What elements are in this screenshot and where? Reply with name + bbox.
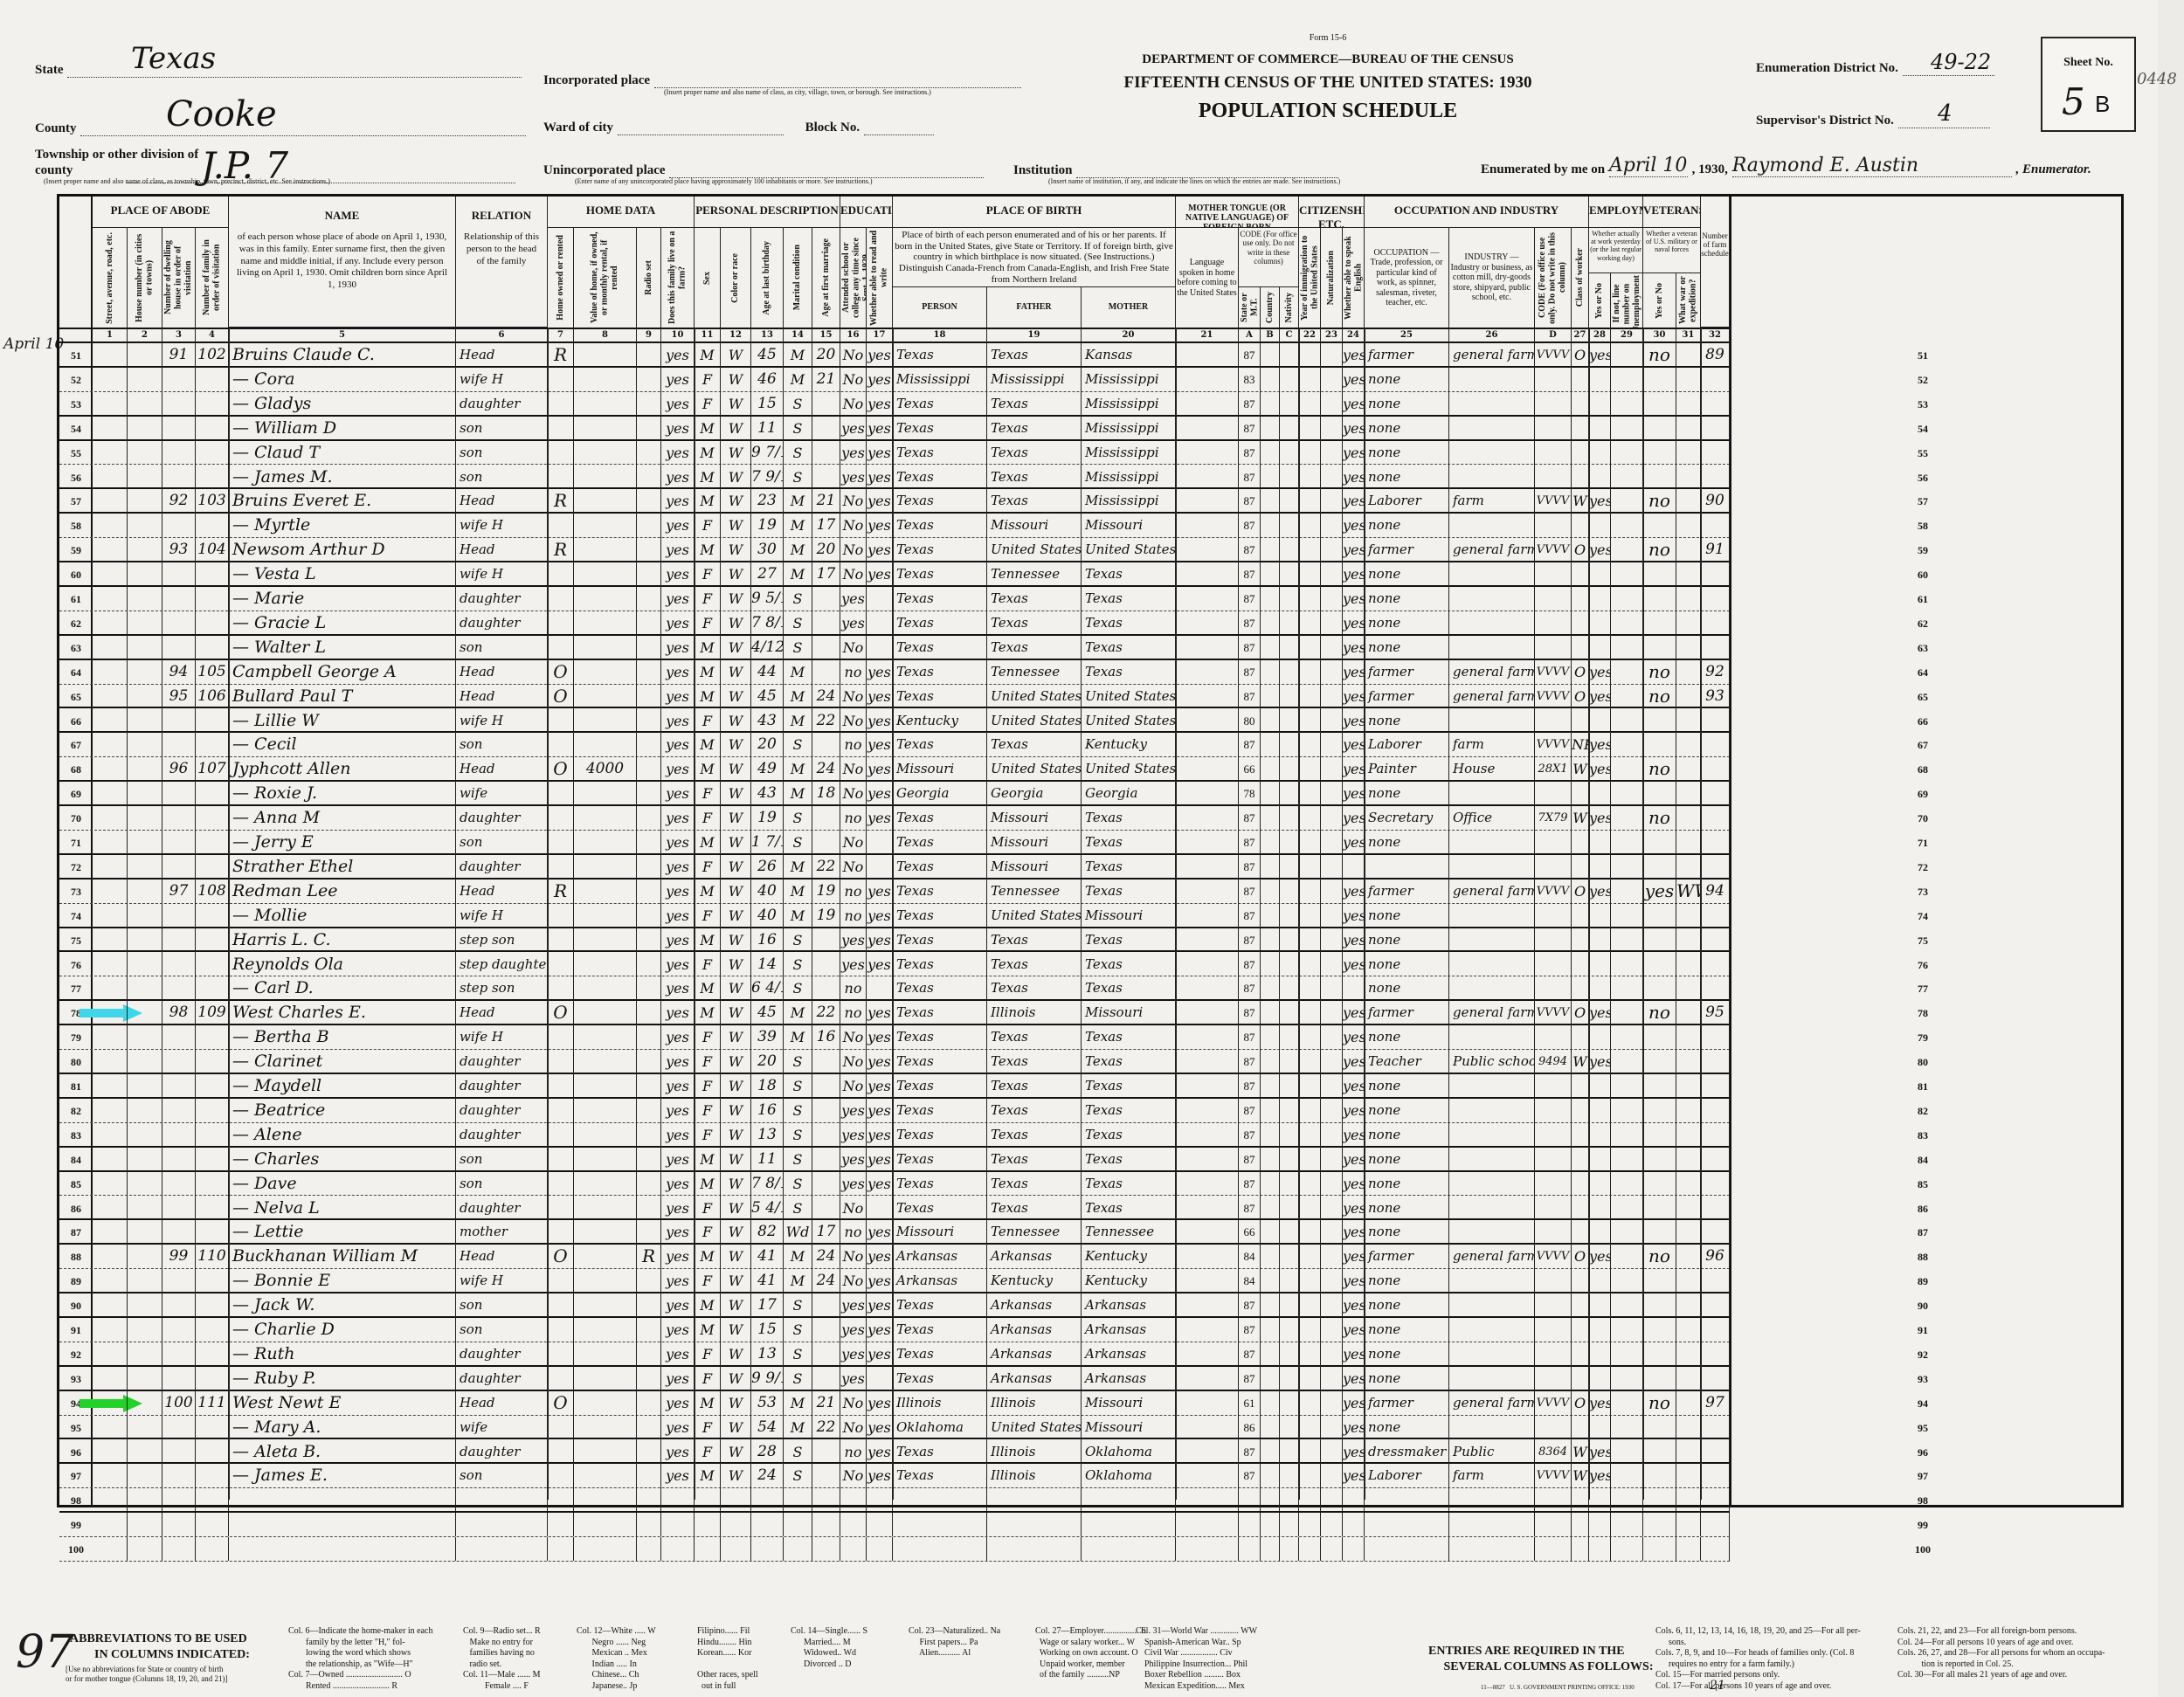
cell-sex: F [695, 1367, 721, 1390]
line-number-left: 51 [59, 349, 93, 362]
cell-sch: No [840, 757, 867, 780]
table-row: — MaydelldaughteryesFW18SNoyesTexasTexas… [59, 1074, 1730, 1099]
cell-ind [1449, 1342, 1535, 1365]
cell-name [229, 1488, 456, 1511]
cell-bpm: Texas [1082, 855, 1176, 878]
cell-cC [1280, 1416, 1299, 1438]
cell-read [867, 1537, 893, 1561]
cell-farm: yes [661, 1001, 695, 1024]
cell-unemp [1611, 1099, 1643, 1122]
cell-vet [1643, 1050, 1676, 1073]
cell-work [1589, 1148, 1611, 1170]
cell-occ: none [1365, 1025, 1449, 1049]
cell-cB [1261, 1025, 1280, 1049]
column-number: 16 [840, 328, 867, 343]
cell-code: 87 [1239, 636, 1261, 659]
column-number: 15 [812, 328, 840, 343]
cell-dw [162, 1537, 196, 1561]
cell-street [93, 928, 128, 951]
cell-street [93, 562, 128, 585]
line-number-left: 81 [59, 1080, 93, 1093]
cell-nat [1321, 1391, 1343, 1415]
column-header-c13: Age at last birthday [751, 228, 784, 328]
cell-cC [1280, 514, 1299, 537]
group-header-label: EDUCATION [840, 204, 892, 217]
cell-race [721, 1537, 751, 1561]
column-header-c23: Naturalization [1321, 228, 1343, 328]
group-header-veterans: VETERANS [1643, 197, 1701, 228]
column-header-cB: Country [1261, 287, 1280, 328]
cell-occ: dressmaker [1365, 1440, 1449, 1463]
cell-cC [1280, 953, 1299, 976]
line-number-right: 88 [1730, 1251, 2116, 1264]
cell-ind [1449, 392, 1535, 415]
cell-own: O [548, 1245, 574, 1268]
institution-field: Institution [1013, 162, 1338, 178]
cell-agem [812, 831, 840, 853]
column-number: 5 [229, 328, 456, 343]
cell-dw [162, 1197, 196, 1219]
cell-bpf: Illinois [987, 1001, 1082, 1024]
cell-street [93, 1342, 128, 1365]
cell-work [1589, 441, 1611, 465]
line-number-left: 60 [59, 569, 93, 582]
cell-radio [637, 1197, 661, 1219]
cell-age: 18 [751, 1074, 784, 1097]
enumerated-label: Enumerated by me on [1481, 162, 1605, 176]
cell-rel: daughter [456, 1123, 548, 1146]
cell-age: 41 [751, 1245, 784, 1268]
cell-cC [1280, 880, 1299, 903]
line-number-right: 55 [1730, 447, 2116, 460]
cell-bp: Texas [893, 660, 987, 684]
cell-war [1676, 343, 1701, 366]
cell-bp: Illinois [893, 1391, 987, 1415]
cell-cC [1280, 685, 1299, 707]
cell-name: West Newt E [229, 1391, 456, 1415]
line-number-left: 93 [59, 1373, 93, 1386]
column-rule [840, 328, 840, 1500]
cell-bpm: Kentucky [1082, 733, 1176, 756]
cell-vet [1643, 1220, 1676, 1243]
cell-val [574, 1050, 637, 1073]
column-header-c28: Yes or No [1589, 273, 1611, 328]
cell-cC [1280, 1025, 1299, 1049]
cell-code: 87 [1239, 1197, 1261, 1219]
cell-code: 83 [1239, 368, 1261, 391]
cell-bpm: Texas [1082, 587, 1176, 611]
cell-cC [1280, 441, 1299, 465]
cell-bpf: Tennessee [987, 880, 1082, 903]
cell-rel: wife H [456, 1269, 548, 1292]
cell-name: Redman Lee [229, 880, 456, 903]
group-header-relation: RELATIONRelationship of this person to t… [456, 197, 548, 328]
cell-fam [196, 1318, 229, 1342]
cell-cls [1572, 368, 1589, 391]
cell-street [93, 368, 128, 391]
cell-cB [1261, 880, 1280, 903]
cell-war [1676, 904, 1701, 927]
cell-farmno [1701, 1440, 1730, 1463]
cell-fam [196, 1416, 229, 1438]
cell-rel: daughter [456, 587, 548, 611]
cell-dw [162, 953, 196, 976]
column-rule [1279, 328, 1280, 1500]
column-header-c17: Whether able to read and write [867, 228, 893, 328]
cell-war [1676, 660, 1701, 684]
cell-unemp [1611, 1074, 1643, 1097]
cell-war [1676, 782, 1701, 804]
cell-ocode [1535, 1099, 1572, 1122]
cell-val [574, 441, 637, 465]
cell-sex: F [695, 855, 721, 878]
cell-bpm: Missouri [1082, 1391, 1176, 1415]
cell-agem [812, 1342, 840, 1365]
cell-mar: S [784, 1074, 812, 1097]
cell-race: W [721, 1148, 751, 1170]
cell-bpf: Texas [987, 489, 1082, 512]
table-row: 97108Redman LeeHeadRyesMW40M19noyesTexas… [59, 880, 1730, 904]
cell-agem: 24 [812, 757, 840, 780]
cell-farm: yes [661, 1025, 695, 1049]
cell-sex: M [695, 343, 721, 366]
cell-cls [1572, 1220, 1589, 1243]
cell-cB [1261, 636, 1280, 659]
cell-ocode [1535, 1197, 1572, 1219]
cell-own [548, 417, 574, 439]
cell-imm [1299, 733, 1321, 756]
cell-rel: Head [456, 685, 548, 707]
cell-read: yes [867, 709, 893, 732]
cell-sex [695, 1537, 721, 1561]
cell-ind [1449, 953, 1535, 976]
green-arrow-marker-icon [79, 1395, 142, 1412]
cell-farmno [1701, 953, 1730, 976]
line-number-left: 95 [59, 1422, 93, 1435]
cell-fam [196, 1050, 229, 1073]
cell-own: R [548, 489, 574, 512]
cell-radio [637, 514, 661, 537]
cell-race: W [721, 562, 751, 585]
cell-cls [1572, 1367, 1589, 1390]
cell-age: 24 [751, 1464, 784, 1487]
cell-nat [1321, 782, 1343, 804]
cell-dw [162, 1367, 196, 1390]
cell-vet [1643, 1293, 1676, 1316]
cell-val [574, 611, 637, 634]
sheet-number: 5 [2062, 80, 2085, 123]
cell-bpf: Texas [987, 1148, 1082, 1170]
cell-ocode [1535, 855, 1572, 878]
cell-unemp [1611, 1513, 1643, 1536]
cell-bpf: Texas [987, 441, 1082, 465]
cell-mar: M [784, 1001, 812, 1024]
column-number: 11 [695, 328, 721, 343]
cell-war [1676, 489, 1701, 512]
cell-name: — Mollie [229, 904, 456, 927]
cell-age: 19 [751, 806, 784, 830]
cell-cB [1261, 1537, 1280, 1561]
cell-ocode [1535, 1293, 1572, 1316]
cell-work [1589, 466, 1611, 488]
column-number: 1 [93, 328, 128, 343]
cell-vet [1643, 904, 1676, 927]
column-number: 24 [1343, 328, 1365, 343]
cell-mar: S [784, 953, 812, 976]
cell-cC [1280, 1050, 1299, 1073]
cell-lang [1176, 806, 1239, 830]
table-row: — Lillie Wwife HyesFW43M22NoyesKentuckyU… [59, 709, 1730, 734]
cell-lang [1176, 1197, 1239, 1219]
cell-street [93, 1464, 128, 1487]
cell-own [548, 514, 574, 537]
cell-mar: S [784, 587, 812, 611]
cell-val [574, 709, 637, 732]
cell-dw: 93 [162, 538, 196, 561]
cell-sch: no [840, 733, 867, 756]
cell-vet [1643, 1416, 1676, 1438]
cell-eng: yes [1343, 392, 1365, 415]
column-header-c30: Yes or No [1643, 273, 1676, 328]
cell-bpf: Texas [987, 1172, 1082, 1196]
sd-value: 4 [1938, 100, 1952, 127]
cell-eng: yes [1343, 953, 1365, 976]
cell-nat [1321, 441, 1343, 465]
column-number: 7 [548, 328, 574, 343]
cell-unemp [1611, 538, 1643, 561]
cell-cls [1572, 1148, 1589, 1170]
cell-farmno [1701, 782, 1730, 804]
cell-cC [1280, 1367, 1299, 1390]
line-number-right: 84 [1730, 1154, 2116, 1167]
column-number: C [1280, 328, 1299, 343]
cell-farmno: 90 [1701, 489, 1730, 512]
cell-eng: yes [1343, 928, 1365, 951]
column-rule [1642, 328, 1644, 1500]
group-header-name: NAMEof each person whose place of abode … [229, 197, 456, 328]
cell-name: Newsom Arthur D [229, 538, 456, 561]
cell-bpm: Arkansas [1082, 1318, 1176, 1342]
cell-mar: S [784, 733, 812, 756]
cell-war [1676, 1148, 1701, 1170]
group-header-occupation: OCCUPATION AND INDUSTRY [1365, 197, 1589, 228]
cell-own [548, 928, 574, 951]
cell-sex: M [695, 685, 721, 707]
cell-ind [1449, 1318, 1535, 1342]
cell-dw [162, 1318, 196, 1342]
cell-code: 87 [1239, 343, 1261, 366]
cell-radio [637, 928, 661, 951]
table-row: — Carl D.step sonyesMW6 4/12SnoTexasTexa… [59, 976, 1730, 1001]
cell-ocode: 8364 [1535, 1440, 1572, 1463]
line-number-right: 81 [1730, 1080, 2116, 1093]
line-number-right: 79 [1730, 1031, 2116, 1045]
cell-unemp [1611, 831, 1643, 853]
cell-nat [1321, 636, 1343, 659]
cell-bpm: Texas [1082, 928, 1176, 951]
cell-cC [1280, 733, 1299, 756]
line-number-left: 56 [59, 472, 93, 485]
cell-cB [1261, 1123, 1280, 1146]
cell-val [574, 976, 637, 999]
cell-bpf: Illinois [987, 1464, 1082, 1487]
cell-agem: 24 [812, 1269, 840, 1292]
cell-sch: yes [840, 441, 867, 465]
cell-unemp [1611, 562, 1643, 585]
cell-mar: S [784, 1172, 812, 1196]
cell-cls: W [1572, 489, 1589, 512]
cell-cB [1261, 1074, 1280, 1097]
cell-radio [637, 831, 661, 853]
group-header-birth: PLACE OF BIRTH [893, 197, 1176, 228]
incorporated-note: (Insert proper name and also name of cla… [664, 88, 931, 96]
cell-farm: yes [661, 1391, 695, 1415]
relation-column-instructions: Relationship of this person to the head … [456, 231, 547, 267]
cell-cB [1261, 904, 1280, 927]
cell-sch: No [840, 636, 867, 659]
column-header-c19: FATHER [987, 287, 1082, 328]
cell-ind: general farming [1449, 538, 1535, 561]
cell-bp: Mississippi [893, 368, 987, 391]
table-row: — Ruby P.daughteryesFW9 9/12SyesTexasArk… [59, 1367, 1730, 1391]
cell-own [548, 976, 574, 999]
cell-ocode: VVVV [1535, 880, 1572, 903]
cell-imm [1299, 831, 1321, 853]
cell-nat [1321, 1172, 1343, 1196]
cell-sch: No [840, 368, 867, 391]
cell-own: O [548, 685, 574, 707]
cell-eng: yes [1343, 562, 1365, 585]
cell-lang [1176, 343, 1239, 366]
cell-code: 87 [1239, 466, 1261, 488]
cell-dw [162, 1025, 196, 1049]
cell-agem [812, 660, 840, 684]
cell-code: 87 [1239, 880, 1261, 903]
cell-lang [1176, 733, 1239, 756]
cell-cC [1280, 343, 1299, 366]
cell-dw [162, 782, 196, 804]
cell-ind [1449, 1172, 1535, 1196]
cell-farm: yes [661, 392, 695, 415]
cell-street [93, 1537, 128, 1561]
cell-nat [1321, 1050, 1343, 1073]
cell-dw [162, 587, 196, 611]
cell-cB [1261, 1099, 1280, 1122]
cell-name: Reynolds Ola [229, 953, 456, 976]
column-rule [1175, 328, 1177, 1500]
cell-sch: No [840, 1464, 867, 1487]
cell-code: 87 [1239, 587, 1261, 611]
cell-mar: S [784, 806, 812, 830]
cell-farmno [1701, 855, 1730, 878]
cell-cB [1261, 806, 1280, 830]
cell-dw [162, 806, 196, 830]
cell-val [574, 806, 637, 830]
cell-cB [1261, 782, 1280, 804]
line-number-right: 90 [1730, 1300, 2116, 1313]
table-row: — GladysdaughteryesFW15SNoyesTexasTexasM… [59, 392, 1730, 417]
cell-read [867, 1367, 893, 1390]
cell-race: W [721, 489, 751, 512]
cell-val [574, 660, 637, 684]
cell-work [1589, 417, 1611, 439]
cell-street [93, 1245, 128, 1268]
cell-war [1676, 368, 1701, 391]
cell-imm [1299, 976, 1321, 999]
cell-bpf: Texas [987, 1197, 1082, 1219]
cell-dw [162, 611, 196, 634]
cell-occ: none [1365, 368, 1449, 391]
cell-read: yes [867, 1293, 893, 1316]
cell-vet [1643, 611, 1676, 634]
cell-cls [1572, 1025, 1589, 1049]
cell-farm: yes [661, 1269, 695, 1292]
cell-own [548, 562, 574, 585]
group-header-personal: PERSONAL DESCRIPTION [695, 197, 840, 228]
cell-val [574, 1269, 637, 1292]
cell-fam [196, 976, 229, 999]
cell-name: — Mary A. [229, 1416, 456, 1438]
cell-nat [1321, 1293, 1343, 1316]
cell-sex: F [695, 953, 721, 976]
cell-own [548, 611, 574, 634]
cell-cB [1261, 1464, 1280, 1487]
cell-war [1676, 587, 1701, 611]
cell-imm [1299, 1197, 1321, 1219]
cell-imm [1299, 417, 1321, 439]
cell-ocode [1535, 1416, 1572, 1438]
cell-rel: son [456, 417, 548, 439]
line-number-right: 83 [1730, 1129, 2116, 1142]
line-number-left: 87 [59, 1226, 93, 1239]
cell-war [1676, 636, 1701, 659]
cell-war [1676, 1099, 1701, 1122]
column-rule [1298, 328, 1300, 1500]
cell-dw [162, 562, 196, 585]
cell-eng: yes [1343, 1050, 1365, 1073]
cell-farmno [1701, 1074, 1730, 1097]
cell-farm: yes [661, 1293, 695, 1316]
cell-street [93, 489, 128, 512]
cell-sch: no [840, 806, 867, 830]
table-row: — LettiemotheryesFW82Wd17noyesMissouriTe… [59, 1220, 1730, 1245]
cell-mar: M [784, 1391, 812, 1415]
cell-dw [162, 1220, 196, 1243]
cell-unemp [1611, 1440, 1643, 1463]
cell-nat [1321, 757, 1343, 780]
table-row: — Charlie DsonyesMW15SyesyesTexasArkansa… [59, 1318, 1730, 1342]
cell-ind [1449, 368, 1535, 391]
cell-read: yes [867, 466, 893, 488]
cell-ind [1449, 976, 1535, 999]
cell-bp: Oklahoma [893, 1416, 987, 1438]
cell-cB [1261, 831, 1280, 853]
cell-bpm: Mississippi [1082, 489, 1176, 512]
cell-val [574, 562, 637, 585]
cell-farmno [1701, 1488, 1730, 1511]
cell-street [93, 587, 128, 611]
cell-race: W [721, 709, 751, 732]
cell-agem: 22 [812, 1416, 840, 1438]
cell-farmno [1701, 806, 1730, 830]
cell-imm [1299, 611, 1321, 634]
cell-imm [1299, 1123, 1321, 1146]
cell-mar: M [784, 782, 812, 804]
line-number-right: 68 [1730, 763, 2116, 776]
cell-code: 87 [1239, 660, 1261, 684]
cell-radio [637, 733, 661, 756]
cell-cB [1261, 1342, 1280, 1365]
